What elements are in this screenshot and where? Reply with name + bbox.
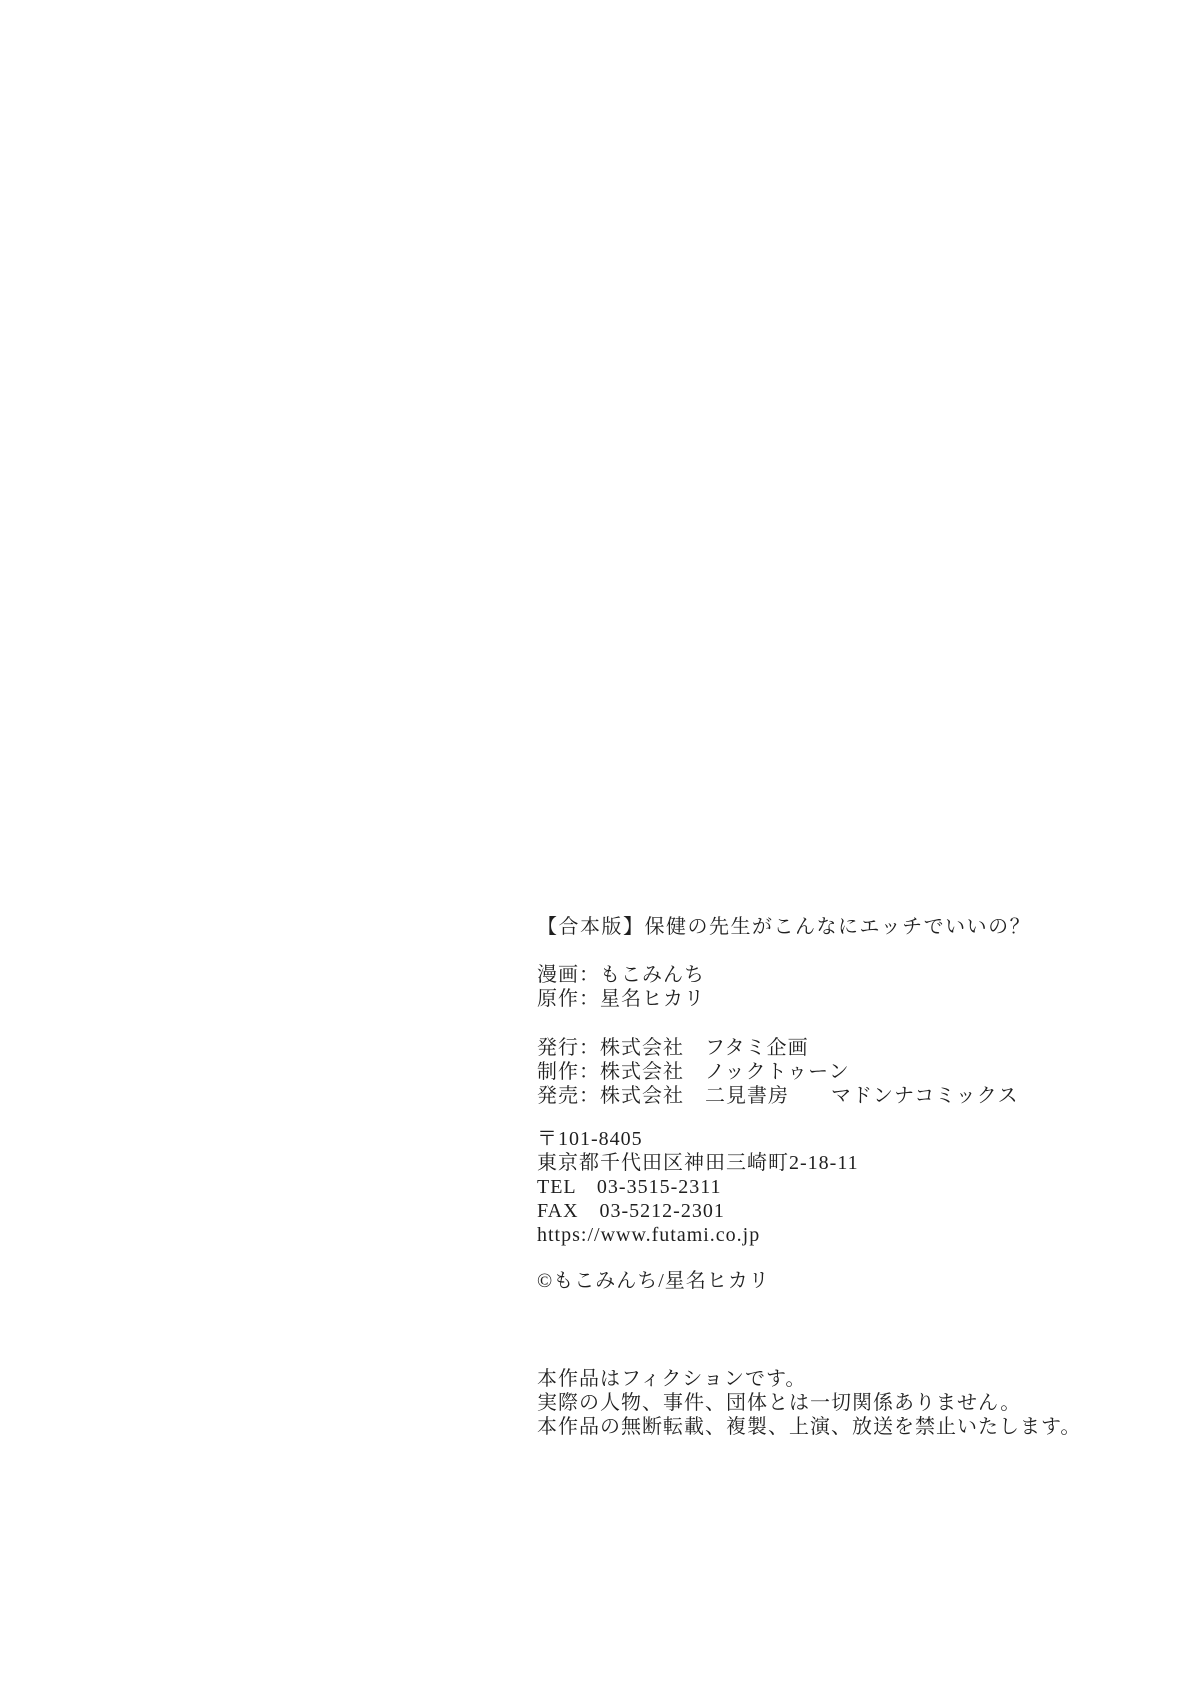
disclaimer-fiction-line: 本作品はフィクションです。 (537, 1367, 1081, 1391)
credits-block: 漫画：もこみんち 原作：星名ヒカリ (537, 963, 1081, 1011)
contact-block: 〒101-8405 東京都千代田区神田三崎町2-18-11 TEL 03-351… (537, 1127, 1081, 1247)
fax-number: FAX 03-5212-2301 (537, 1199, 1081, 1223)
publisher-block: 発行：株式会社 フタミ企画 制作：株式会社 ノックトゥーン 発売：株式会社 二見… (537, 1036, 1081, 1108)
telephone-number: TEL 03-3515-2311 (537, 1175, 1081, 1199)
colophon-page: 【合本版】保健の先生がこんなにエッチでいいの？ 漫画：もこみんち 原作：星名ヒカ… (0, 0, 1187, 1687)
colophon-text-block: 【合本版】保健の先生がこんなにエッチでいいの？ 漫画：もこみんち 原作：星名ヒカ… (537, 915, 1081, 1439)
copyright-notice: ©もこみんち/星名ヒカリ (537, 1269, 1081, 1293)
publisher-address: 東京都千代田区神田三崎町2-18-11 (537, 1151, 1081, 1175)
disclaimer-no-reproduction-line: 本作品の無断転載、複製、上演、放送を禁止いたします。 (537, 1415, 1081, 1439)
book-title: 【合本版】保健の先生がこんなにエッチでいいの？ (537, 915, 1081, 939)
publisher-distribution-line: 発売：株式会社 二見書房 マドンナコミックス (537, 1084, 1081, 1108)
disclaimer-block: 本作品はフィクションです。 実際の人物、事件、団体とは一切関係ありません。 本作… (537, 1367, 1081, 1439)
credit-manga-artist: 漫画：もこみんち (537, 963, 1081, 987)
credit-original-author: 原作：星名ヒカリ (537, 987, 1081, 1011)
disclaimer-no-relation-line: 実際の人物、事件、団体とは一切関係ありません。 (537, 1391, 1081, 1415)
publisher-publishing-line: 発行：株式会社 フタミ企画 (537, 1036, 1081, 1060)
publisher-production-line: 制作：株式会社 ノックトゥーン (537, 1060, 1081, 1084)
postal-code: 〒101-8405 (537, 1127, 1081, 1151)
copyright-block: ©もこみんち/星名ヒカリ (537, 1269, 1081, 1293)
publisher-website-url: https://www.futami.co.jp (537, 1223, 1081, 1247)
